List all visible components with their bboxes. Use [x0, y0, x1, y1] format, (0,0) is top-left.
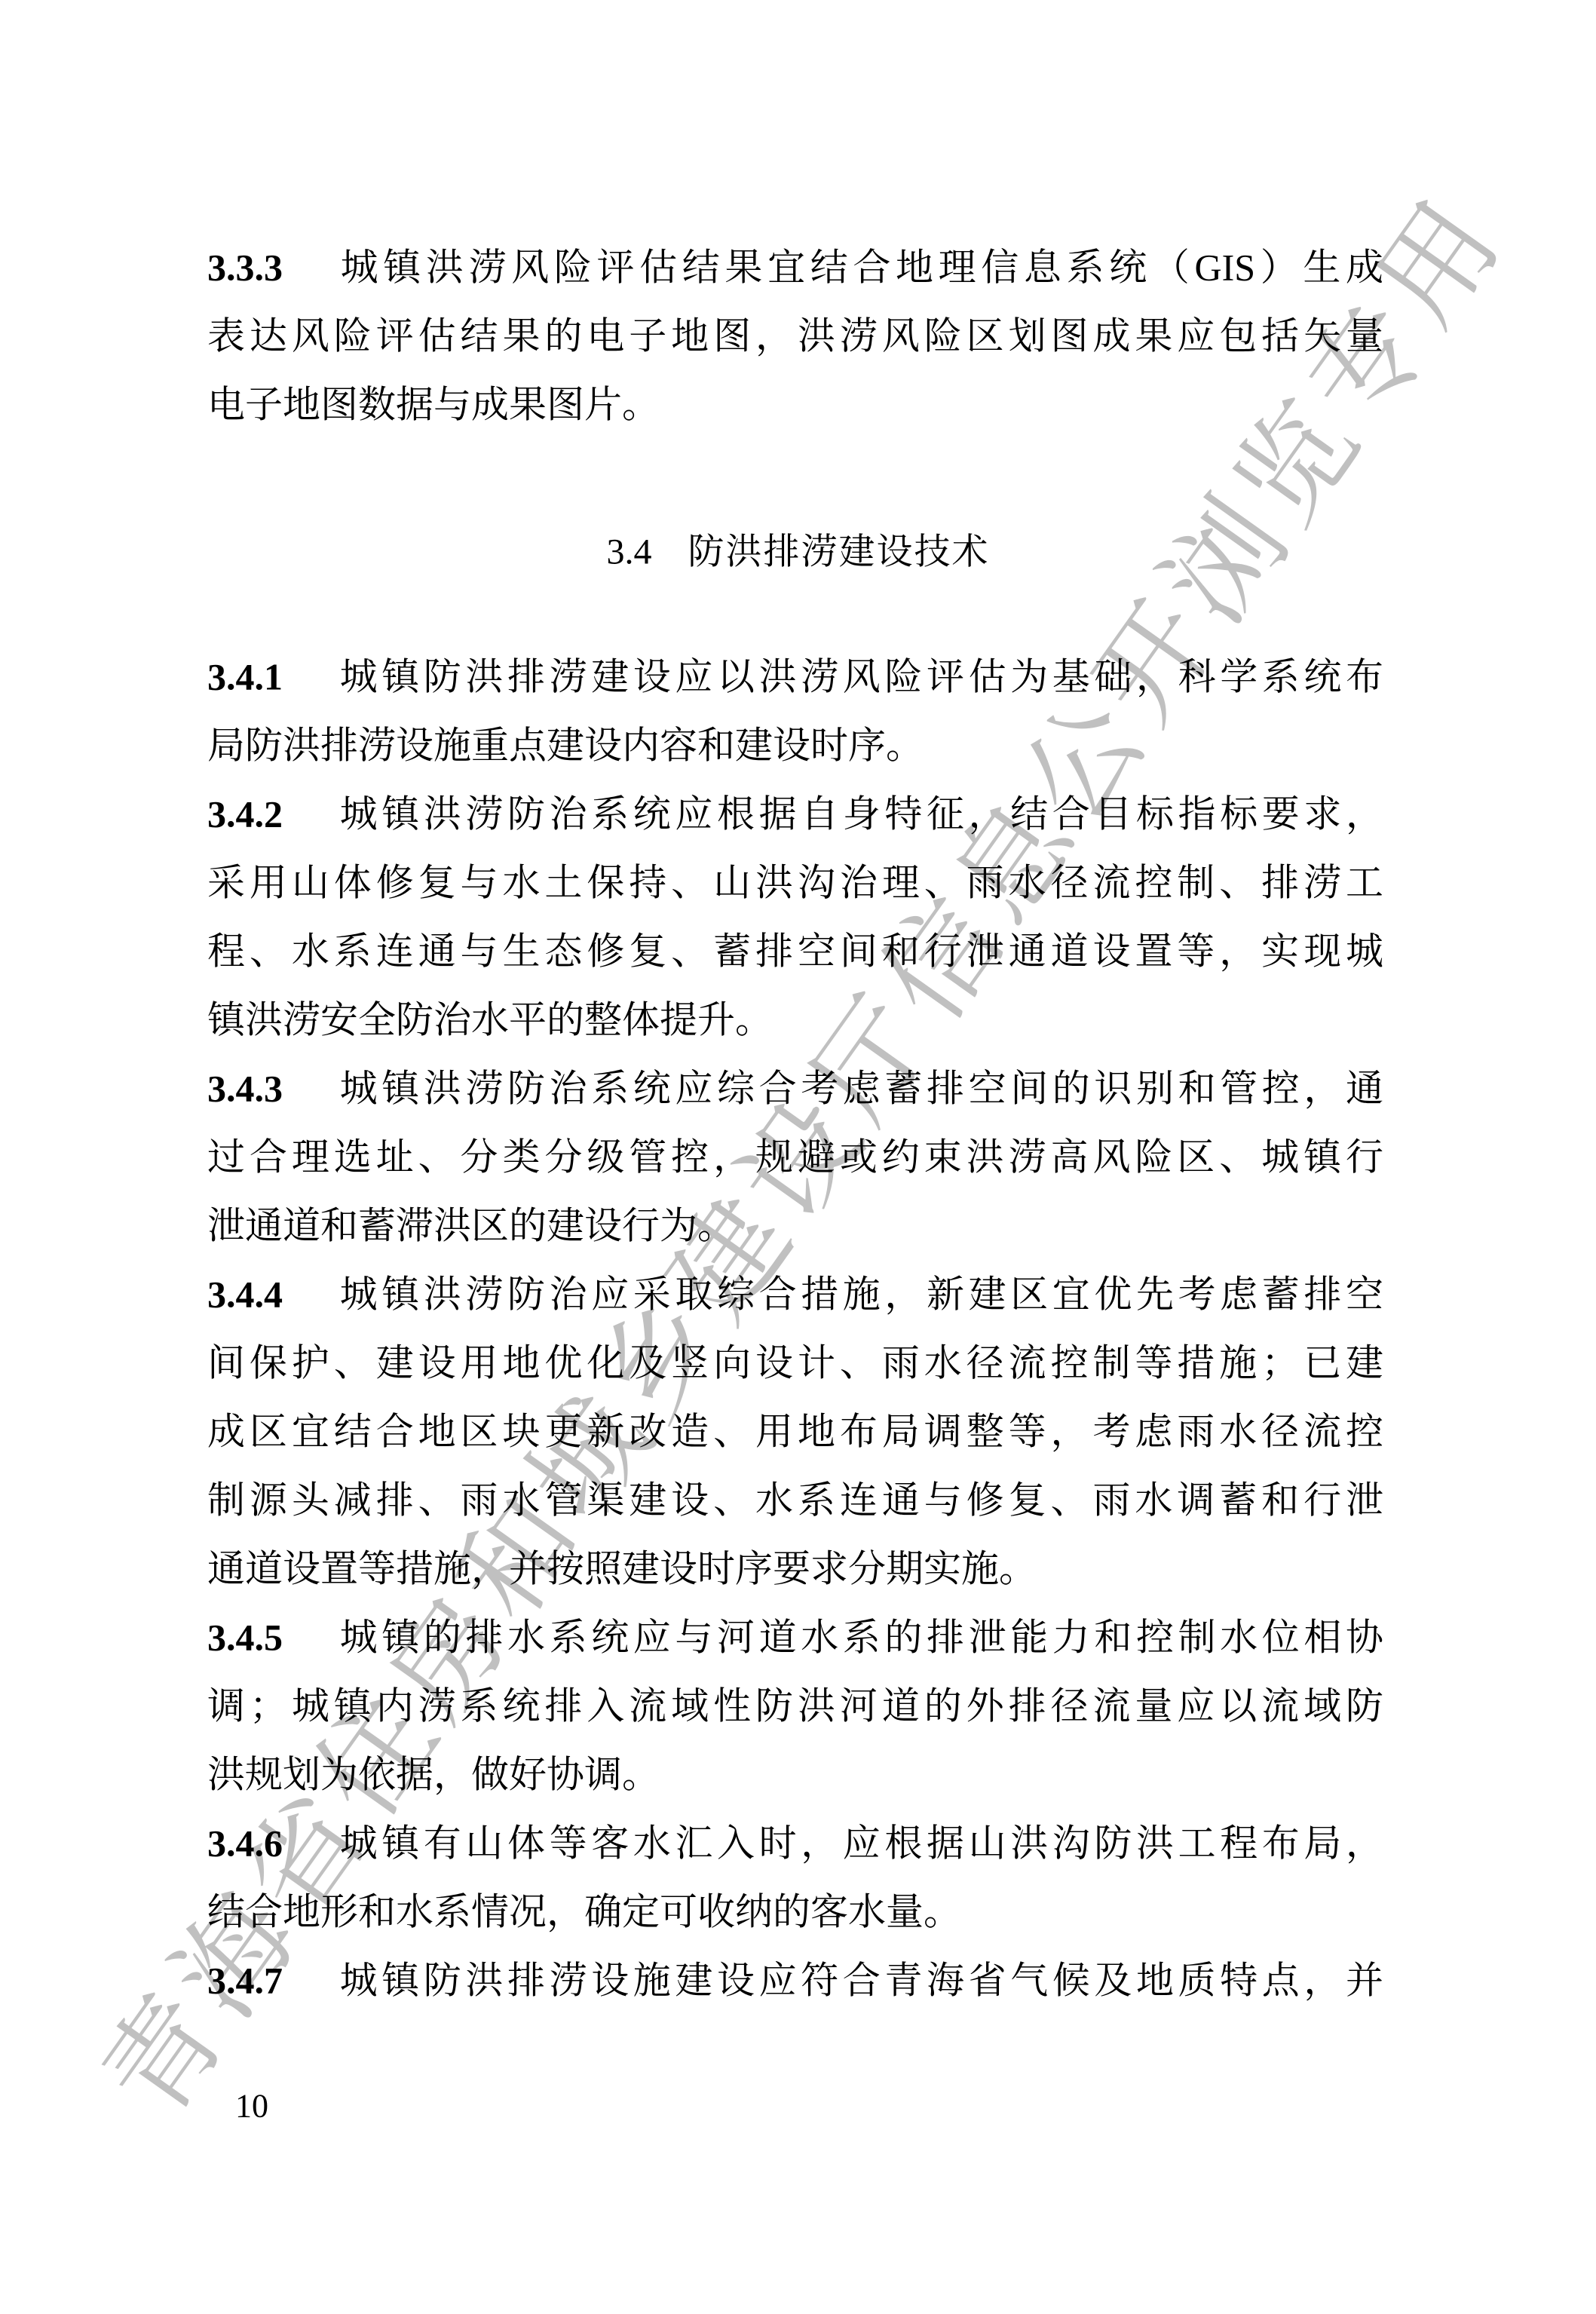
- clause-text: 城镇防洪排涝建设应以洪涝风险评估为基础，科学系统布: [335, 656, 1383, 698]
- clause-3-4-2-line-3: 程、水系连通与生态修复、蓄排空间和行泄通道设置等，实现城: [207, 918, 1383, 986]
- clause-3-4-5-line-1: 3.4.5城镇的排水系统应与河道水系的排泄能力和控制水位相协: [207, 1604, 1383, 1672]
- clause-3-3-3-line-3: 电子地图数据与成果图片。: [207, 371, 1383, 440]
- clause-number: 3.4.3: [207, 1055, 335, 1123]
- clause-3-4-6-line-1: 3.4.6城镇有山体等客水汇入时，应根据山洪沟防洪工程布局，: [207, 1810, 1383, 1878]
- clause-3-4-4-line-5: 通道设置等措施，并按照建设时序要求分期实施。: [207, 1535, 1383, 1604]
- clause-3-4-1-line-2: 局防洪排涝设施重点建设内容和建设时序。: [207, 712, 1383, 780]
- clause-number: 3.4.6: [207, 1810, 335, 1878]
- page-number: 10: [235, 2087, 268, 2126]
- clause-text: 城镇防洪排涝设施建设应符合青海省气候及地质特点，并: [335, 1960, 1383, 2002]
- clause-3-4-3-line-1: 3.4.3城镇洪涝防治系统应综合考虑蓄排空间的识别和管控，通: [207, 1055, 1383, 1123]
- clause-3-4-3-line-3: 泄通道和蓄滞洪区的建设行为。: [207, 1192, 1383, 1261]
- clause-3-3-3-line-1: 3.3.3城镇洪涝风险评估结果宜结合地理信息系统（GIS）生成: [207, 234, 1383, 302]
- clause-3-4-4-line-2: 间保护、建设用地优化及竖向设计、雨水径流控制等措施；已建: [207, 1329, 1383, 1398]
- clause-3-4-4-line-1: 3.4.4城镇洪涝防治应采取综合措施，新建区宜优先考虑蓄排空: [207, 1261, 1383, 1329]
- clause-3-4-4-line-4: 制源头减排、雨水管渠建设、水系连通与修复、雨水调蓄和行泄: [207, 1467, 1383, 1535]
- clause-3-4-2-line-1: 3.4.2城镇洪涝防治系统应根据自身特征，结合目标指标要求，: [207, 780, 1383, 849]
- clause-3-4-4-line-3: 成区宜结合地区块更新改造、用地布局调整等，考虑雨水径流控: [207, 1398, 1383, 1467]
- clause-number: 3.4.7: [207, 1947, 335, 2015]
- clause-3-3-3-line-2: 表达风险评估结果的电子地图，洪涝风险区划图成果应包括矢量: [207, 302, 1383, 371]
- clause-3-4-2-line-2: 采用山体修复与水土保持、山洪沟治理、雨水径流控制、排涝工: [207, 849, 1383, 918]
- clause-text: 城镇洪涝风险评估结果宜结合地理信息系统（GIS）生成: [335, 247, 1383, 289]
- clause-3-4-5-line-2: 调；城镇内涝系统排入流域性防洪河道的外排径流量应以流域防: [207, 1672, 1383, 1741]
- clause-number: 3.4.1: [207, 643, 335, 712]
- clause-3-4-1-line-1: 3.4.1城镇防洪排涝建设应以洪涝风险评估为基础，科学系统布: [207, 643, 1383, 712]
- section-title: 防洪排涝建设技术: [688, 531, 989, 573]
- section-number: 3.4: [606, 532, 651, 572]
- clause-3-4-6-line-2: 结合地形和水系情况，确定可收纳的客水量。: [207, 1878, 1383, 1947]
- section-heading: 3.4防洪排涝建设技术: [0, 529, 1596, 575]
- clause-text: 城镇有山体等客水汇入时，应根据山洪沟防洪工程布局，: [335, 1822, 1383, 1865]
- clause-3-4-7-line-1: 3.4.7城镇防洪排涝设施建设应符合青海省气候及地质特点，并: [207, 1947, 1383, 2015]
- clause-number: 3.3.3: [207, 234, 335, 302]
- clause-number: 3.4.5: [207, 1604, 335, 1672]
- clause-3-4-2-line-4: 镇洪涝安全防治水平的整体提升。: [207, 986, 1383, 1055]
- clause-3-4-5-line-3: 洪规划为依据，做好协调。: [207, 1741, 1383, 1810]
- clause-number: 3.4.4: [207, 1261, 335, 1329]
- clause-number: 3.4.2: [207, 780, 335, 849]
- clause-text: 城镇洪涝防治系统应根据自身特征，结合目标指标要求，: [335, 793, 1383, 835]
- document-page: 青海省住房和城乡建设厅信息公开浏览专用 3.3.3城镇洪涝风险评估结果宜结合地理…: [0, 0, 1596, 2314]
- clause-text: 城镇洪涝防治应采取综合措施，新建区宜优先考虑蓄排空: [335, 1273, 1383, 1316]
- clause-text: 城镇的排水系统应与河道水系的排泄能力和控制水位相协: [335, 1617, 1383, 1659]
- page-content: 3.3.3城镇洪涝风险评估结果宜结合地理信息系统（GIS）生成 表达风险评估结果…: [0, 0, 1596, 2314]
- clause-text: 城镇洪涝防治系统应综合考虑蓄排空间的识别和管控，通: [335, 1068, 1383, 1110]
- clause-3-4-3-line-2: 过合理选址、分类分级管控，规避或约束洪涝高风险区、城镇行: [207, 1123, 1383, 1192]
